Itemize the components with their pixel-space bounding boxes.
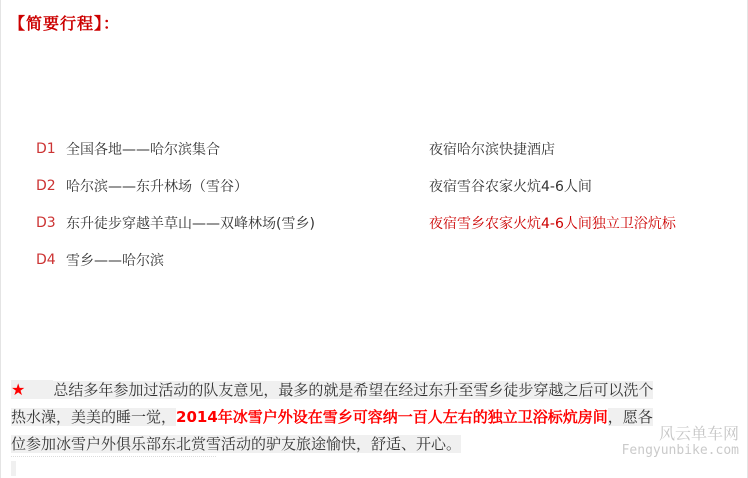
route-text: 哈尔滨——东升林场（雪谷）: [66, 176, 429, 196]
itinerary-list: D1 全国各地——哈尔滨集合 夜宿哈尔滨快捷酒店 D2 哈尔滨——东升林场（雪谷…: [1, 130, 748, 278]
itinerary-row: D4 雪乡——哈尔滨: [1, 241, 748, 278]
route-text: 东升徒步穿越羊草山——双峰林场(雪乡): [66, 213, 429, 233]
watermark: 风云单车网 Fengyunbike.com: [622, 425, 739, 459]
page-container: 【简要行程】： D1 全国各地——哈尔滨集合 夜宿哈尔滨快捷酒店 D2 哈尔滨—…: [0, 0, 748, 478]
note-paragraph: ★总结多年参加过活动的队友意见，最多的就是希望在经过东升至雪乡徒步穿越之后可以洗…: [11, 376, 663, 458]
page-title: 【简要行程】：: [9, 11, 120, 34]
day-label: D4: [36, 252, 66, 268]
lodging-text-highlighted: 夜宿雪乡农家火炕4-6人间独立卫浴炕标: [429, 213, 748, 233]
day-label: D3: [36, 215, 66, 231]
route-text: 雪乡——哈尔滨: [66, 250, 429, 270]
lodging-text: 夜宿哈尔滨快捷酒店: [429, 139, 748, 159]
empty-highlight-stub: [11, 461, 16, 476]
route-text: 全国各地——哈尔滨集合: [66, 139, 429, 159]
itinerary-row: D1 全国各地——哈尔滨集合 夜宿哈尔滨快捷酒店: [1, 130, 748, 167]
watermark-site-url: Fengyunbike.com: [622, 442, 739, 459]
lodging-text: 夜宿雪谷农家火炕4-6人间: [429, 176, 748, 196]
day-label: D2: [36, 178, 66, 194]
watermark-site-name: 风云单车网: [622, 425, 739, 442]
itinerary-row: D2 哈尔滨——东升林场（雪谷） 夜宿雪谷农家火炕4-6人间: [1, 167, 748, 204]
itinerary-row: D3 东升徒步穿越羊草山——双峰林场(雪乡) 夜宿雪乡农家火炕4-6人间独立卫浴…: [1, 204, 748, 241]
dotted-divider: [11, 456, 216, 457]
star-icon: ★: [11, 380, 53, 399]
note-text-emphasis: 2014年冰雪户外设在雪乡可容纳一百人左右的独立卫浴标炕房间: [176, 408, 608, 426]
day-label: D1: [36, 141, 66, 157]
